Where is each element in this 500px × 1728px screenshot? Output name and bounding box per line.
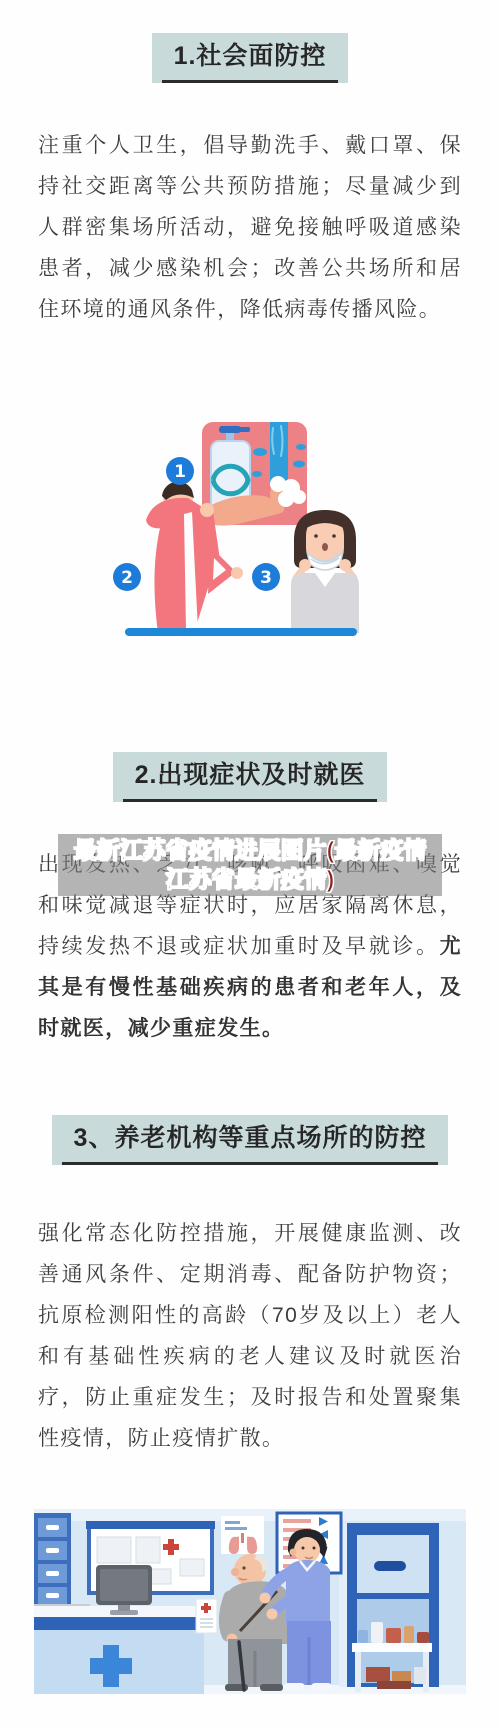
receipt-paper — [196, 1599, 217, 1633]
step-3-number: 3 — [260, 568, 272, 588]
section-2-heading-wrap: 2.出现症状及时就医 — [0, 752, 500, 802]
handwashing-panel — [202, 422, 307, 526]
step-2-number: 2 — [121, 568, 133, 588]
lung-poster — [221, 1516, 264, 1554]
section-3-heading-wrap: 3、养老机构等重点场所的防控 — [0, 1115, 500, 1165]
section-1-heading: 1.社会面防控 — [162, 39, 339, 83]
section-1-heading-band: 1.社会面防控 — [152, 33, 349, 83]
mask-wearing-figure — [291, 510, 359, 633]
section-2-heading: 2.出现症状及时就医 — [123, 758, 378, 802]
watermark-title: 最新江苏省疫情进展图片(最新疫情江苏省最新疫情) — [66, 836, 434, 894]
step-1-number: 1 — [174, 462, 186, 482]
reception-desk — [34, 1604, 212, 1694]
filing-cabinet — [34, 1513, 71, 1609]
section-1-body: 注重个人卫生，倡导勤洗手、戴口罩、保持社交距离等公共预防措施；尽量减少到人群密集… — [38, 125, 462, 330]
section-2-heading-band: 2.出现症状及时就医 — [113, 752, 388, 802]
section-2-body-zone: 最新江苏省疫情进展图片(最新疫情江苏省最新疫情) 出现发热、乏力、咳嗽、呼吸困难… — [0, 844, 500, 1049]
watermark-title-overlay: 最新江苏省疫情进展图片(最新疫情江苏省最新疫情) — [58, 834, 442, 896]
infographic-page: 1.社会面防控 注重个人卫生，倡导勤洗手、戴口罩、保持社交距离等公共预防措施；尽… — [0, 0, 500, 1728]
section-3-heading: 3、养老机构等重点场所的防控 — [62, 1121, 439, 1165]
ground-line — [125, 628, 357, 636]
eldercare-clinic-illustration — [34, 1509, 466, 1694]
section-3-heading-band: 3、养老机构等重点场所的防控 — [52, 1115, 449, 1165]
hygiene-steps-illustration: 1 2 3 — [110, 418, 390, 653]
section-1-heading-wrap: 1.社会面防控 — [0, 0, 500, 83]
section-3-body: 强化常态化防控措施，开展健康监测、改善通风条件、定期消毒、配备防护物资；抗原检测… — [38, 1213, 462, 1459]
